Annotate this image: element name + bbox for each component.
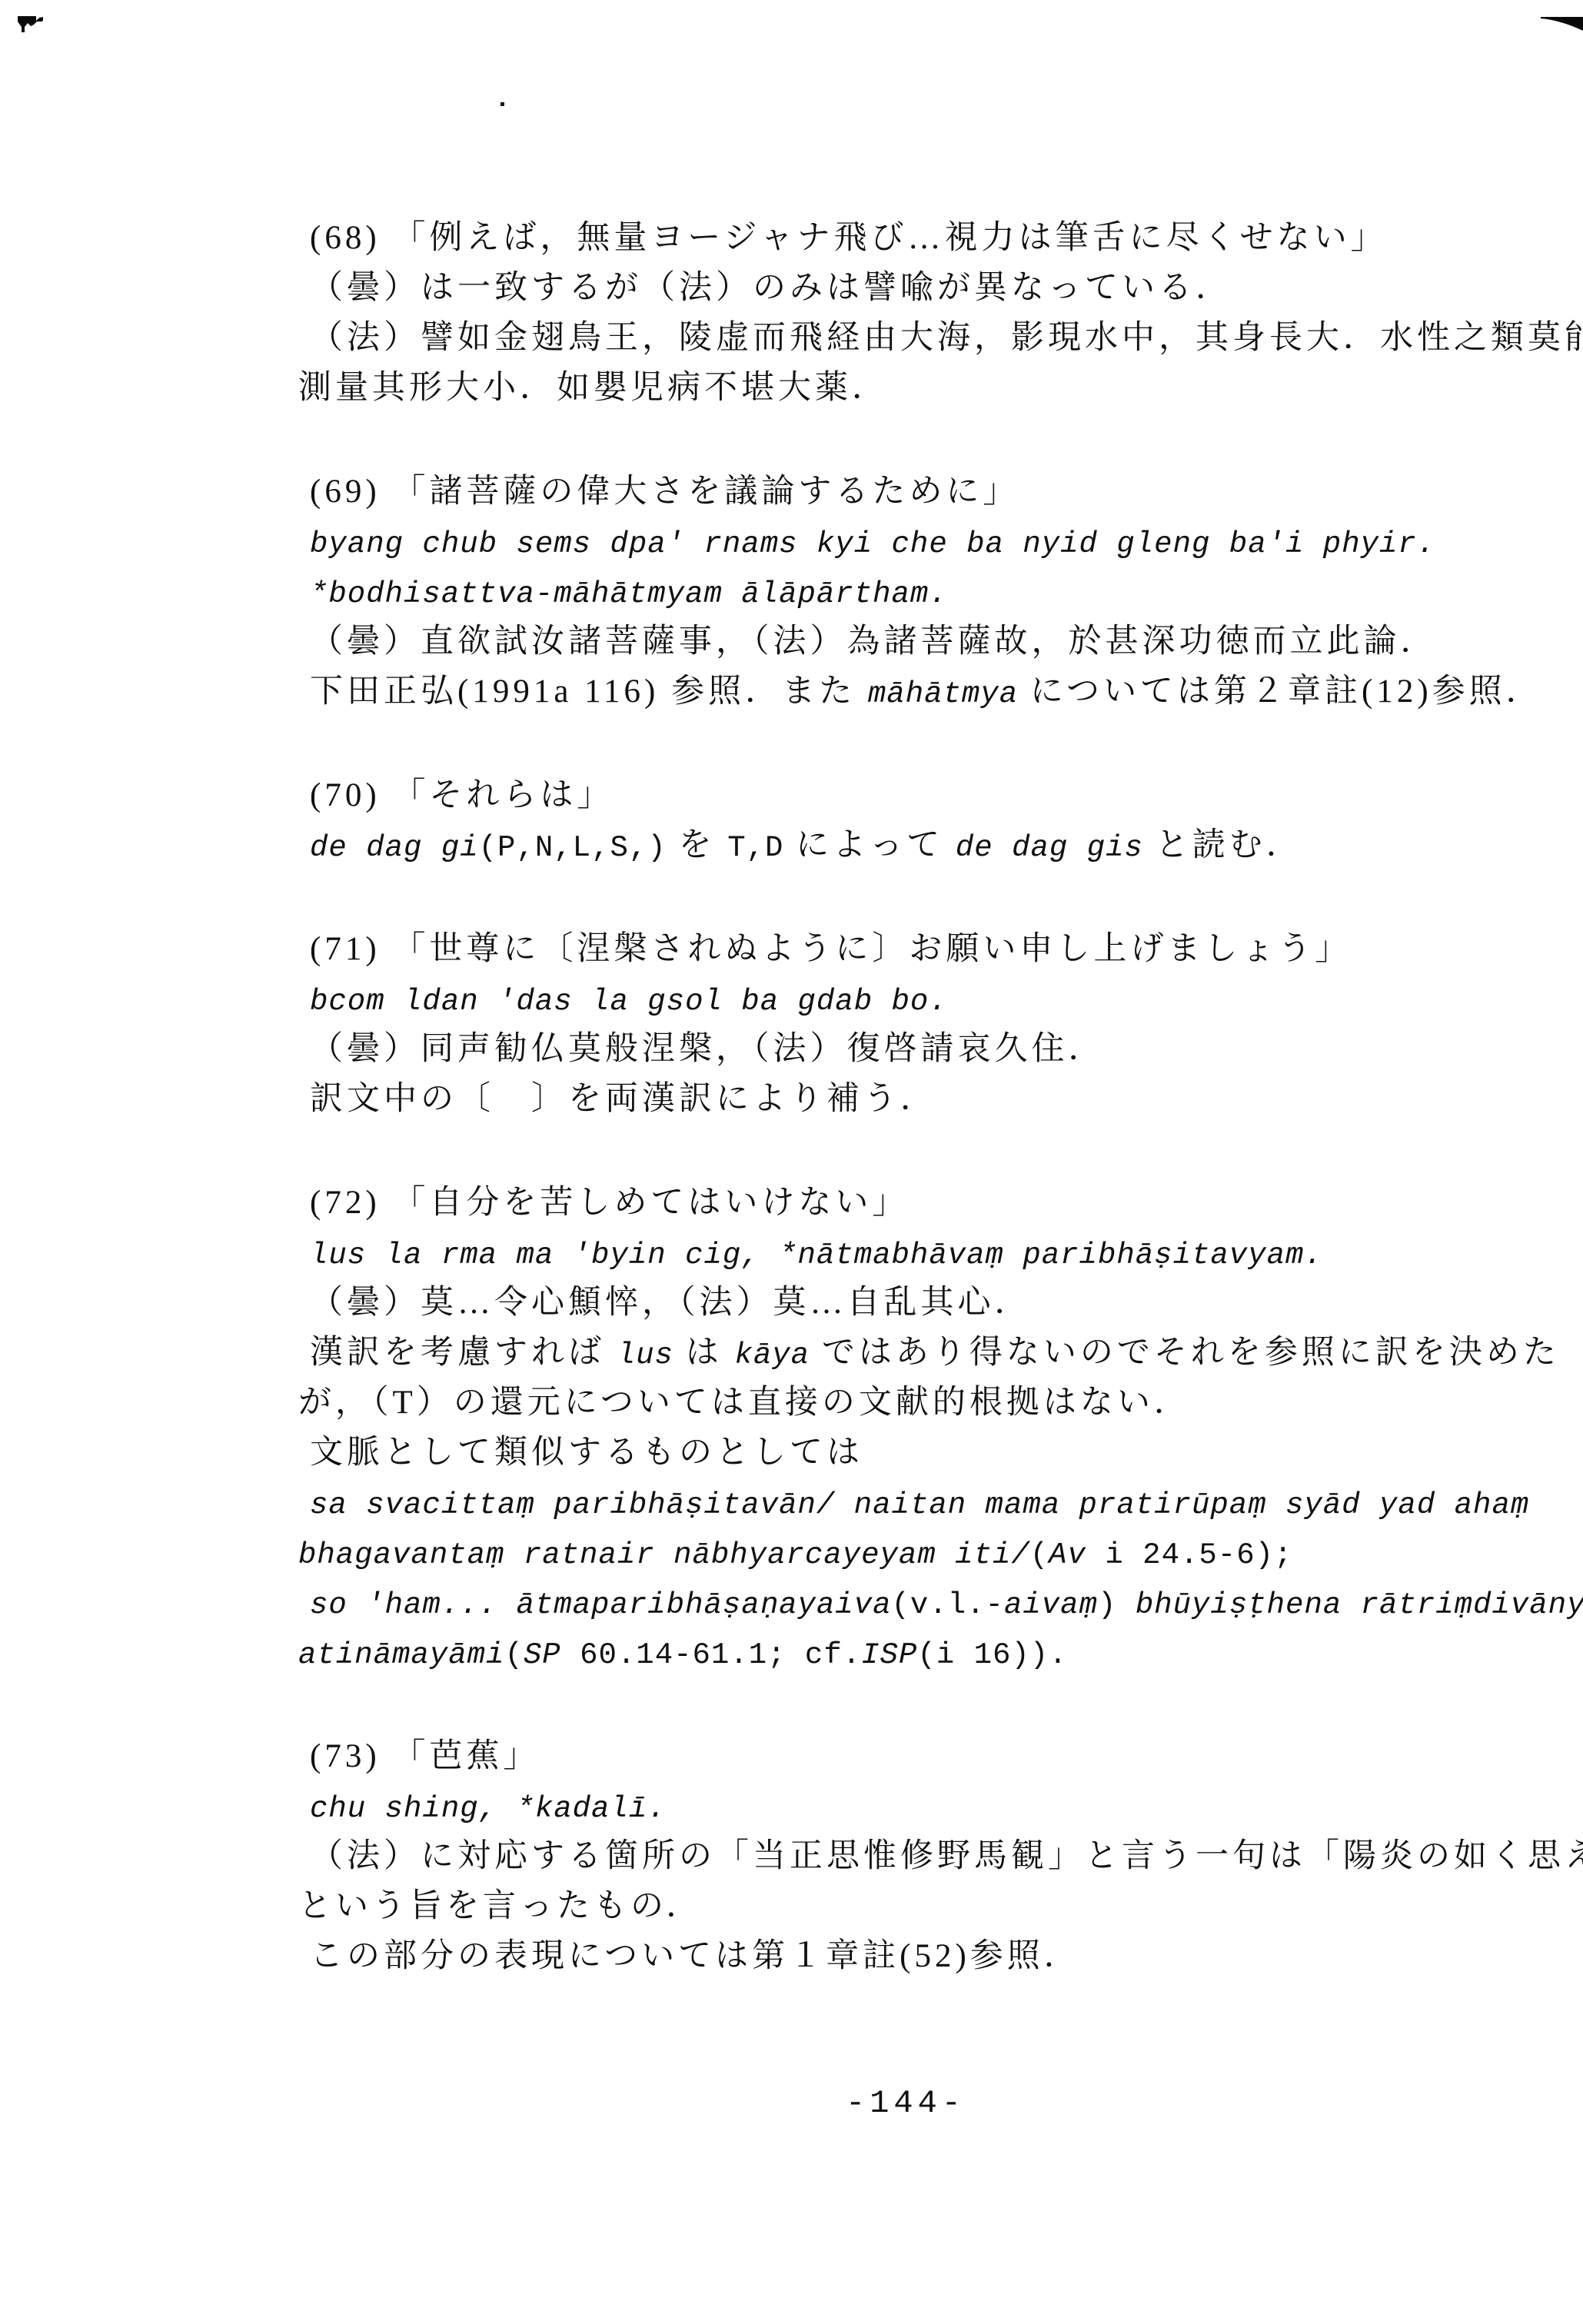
text-segment: (68) 「例えば，無量ヨージャナ飛び…視力は筆舌に尽くせない」 (310, 220, 1388, 256)
citation: ( (1030, 1538, 1049, 1572)
note-line: 漢訳を考慮すれば lus は kāya ではあり得ないのでそれを参照に訳を決めた (298, 1328, 1528, 1378)
speck-artifact (501, 102, 504, 106)
text-segment: (69) 「諸菩薩の偉大さを議論するために」 (310, 474, 1019, 510)
note-line: de dag gi(P,N,L,S,) を T,D によって de dag gi… (298, 820, 1528, 870)
text-segment: (73) 「芭蕉」 (310, 1738, 540, 1774)
text-segment: は (673, 1335, 735, 1371)
note-line: 訳文中の〔 〕を両漢訳により補う． (298, 1074, 1528, 1124)
sanskrit-quote: atināmayāmi (298, 1638, 504, 1672)
note-line: (68) 「例えば，無量ヨージャナ飛び…視力は筆舌に尽くせない」 (298, 213, 1528, 263)
text-segment: 訳文中の〔 〕を両漢訳により補う． (310, 1081, 937, 1117)
text-segment: によって (783, 827, 956, 863)
sanskrit-quote: sa svacittaṃ paribhāṣitavān/ naitan mama… (310, 1488, 1529, 1522)
tibetan-transliteration: byang chub sems dpa' rnams kyi che ba ny… (310, 527, 1435, 561)
tibetan-transliteration: de dag gi (310, 831, 479, 865)
sanskrit-quote: bhūyiṣṭhena rātriṃdivāny (1136, 1588, 1583, 1622)
text-segment: 文脈として類似するものとしては (310, 1435, 863, 1471)
text-segment: この部分の表現については第１章註(52)参照． (310, 1938, 1081, 1974)
text-segment: （曇）同声勧仏莫般涅槃，（法）復啓請哀久住． (310, 1031, 1106, 1067)
citation: (i 16)). (917, 1638, 1067, 1672)
text-segment: (72) 「自分を苦しめてはいけない」 (310, 1185, 909, 1221)
note-72: (72) 「自分を苦しめてはいけない」 lus la rma ma 'byin … (298, 1178, 1528, 1677)
text-segment: という旨を言ったもの． (298, 1888, 703, 1924)
note-line: 下田正弘(1991a 116) 参照．また māhātmya については第２章註… (298, 667, 1528, 716)
note-line: chu shing, *kadalī. (298, 1781, 1528, 1831)
citation-abbrev: ISP (861, 1638, 917, 1672)
note-line: (70) 「それらは」 (298, 770, 1528, 820)
note-71: (71) 「世尊に〔涅槃されぬように〕お願い申し上げましょう」 bcom lda… (298, 924, 1528, 1124)
sanskrit-variant: aivaṃ (1004, 1588, 1098, 1622)
note-line: (72) 「自分を苦しめてはいけない」 (298, 1178, 1528, 1228)
variant-note: (v.l.- (892, 1588, 1004, 1622)
text-segment: については第２章註(12)参照． (1018, 673, 1543, 710)
note-line: という旨を言ったもの． (298, 1881, 1528, 1931)
note-line: が，（T）の還元については直接の文献的根拠はない． (298, 1378, 1528, 1428)
text-segment: (70) 「それらは」 (310, 777, 614, 813)
tibetan-term: lus (617, 1338, 673, 1372)
sanskrit-quote: bhagavantaṃ ratnair nābhyarcayeyam iti/ (298, 1538, 1030, 1572)
scanned-page: (68) 「例えば，無量ヨージャナ飛び…視力は筆舌に尽くせない」 （曇）は一致す… (0, 0, 1583, 2324)
citation-abbrev: Av (1049, 1538, 1086, 1572)
text-segment: （曇）莫…令心顦悴，（法）莫…自乱其心． (310, 1285, 1032, 1321)
note-line: atināmayāmi(SP 60.14-61.1; cf.ISP(i 16))… (298, 1627, 1528, 1677)
text-segment: 下田正弘(1991a 116) 参照．また (310, 673, 868, 710)
tibetan-transliteration: bcom ldan 'das la gsol ba gdab bo. (310, 985, 948, 1019)
note-line: bhagavantaṃ ratnair nābhyarcayeyam iti/(… (298, 1528, 1528, 1578)
page-number: -144- (298, 2085, 1513, 2122)
note-line: （曇）直欲試汝諸菩薩事，（法）為諸菩薩故，於甚深功徳而立此論． (298, 617, 1528, 667)
note-line: （曇）は一致するが（法）のみは譬喩が異なっている． (298, 263, 1528, 313)
siglum-list: T,D (727, 831, 783, 865)
note-line: この部分の表現については第１章註(52)参照． (298, 1931, 1528, 1981)
siglum-list: (P,N,L,S,) (479, 831, 667, 865)
note-line: 文脈として類似するものとしては (298, 1428, 1528, 1478)
sanskrit-term: māhātmya (868, 677, 1018, 711)
note-73: (73) 「芭蕉」 chu shing, *kadalī. （法）に対応する箇所… (298, 1731, 1528, 1981)
text-segment: ではあり得ないのでそれを参照に訳を決めた (810, 1335, 1560, 1371)
tibetan-sanskrit-quote: lus la rma ma 'byin cig, *nātmabhāvaṃ pa… (310, 1238, 1323, 1272)
note-line: （曇）莫…令心顦悴，（法）莫…自乱其心． (298, 1278, 1528, 1328)
text-segment: （法）に対応する箇所の「当正思惟修野馬観」と言う一句は「陽炎の如く思え」 (310, 1838, 1583, 1874)
note-line: （法）譬如金翅鳥王，陵虚而飛経由大海，影現水中，其身長大．水性之類莫能 (298, 313, 1528, 363)
citation: 60.14-61.1; cf. (561, 1638, 861, 1672)
text-segment: が，（T）の還元については直接の文献的根拠はない． (298, 1385, 1191, 1421)
note-line: （曇）同声勧仏莫般涅槃，（法）復啓請哀久住． (298, 1024, 1528, 1074)
note-line: lus la rma ma 'byin cig, *nātmabhāvaṃ pa… (298, 1228, 1528, 1278)
text-segment: (71) 「世尊に〔涅槃されぬように〕お願い申し上げましょう」 (310, 931, 1352, 967)
tibetan-transliteration: de dag gis (956, 831, 1143, 865)
variant-note: ) (1098, 1588, 1136, 1622)
note-line: *bodhisattva-māhātmyam ālāpārtham. (298, 567, 1528, 617)
note-line: (69) 「諸菩薩の偉大さを議論するために」 (298, 467, 1528, 517)
page-curl-shadow (1541, 15, 1583, 35)
citation: ( (504, 1638, 523, 1672)
tibetan-sanskrit-quote: chu shing, *kadalī. (310, 1792, 667, 1826)
text-segment: （法）譬如金翅鳥王，陵虚而飛経由大海，影現水中，其身長大．水性之類莫能 (310, 320, 1583, 356)
text-segment: 測量其形大小．如嬰児病不堪大薬． (298, 370, 889, 406)
note-line: sa svacittaṃ paribhāṣitavān/ naitan mama… (298, 1478, 1528, 1528)
sanskrit-reconstruction: *bodhisattva-māhātmyam ālāpārtham. (310, 577, 948, 611)
note-line: bcom ldan 'das la gsol ba gdab bo. (298, 974, 1528, 1024)
ink-blot-artifact (15, 14, 50, 37)
note-69: (69) 「諸菩薩の偉大さを議論するために」 byang chub sems d… (298, 467, 1528, 716)
sanskrit-term: kāya (734, 1338, 810, 1372)
note-line: (71) 「世尊に〔涅槃されぬように〕お願い申し上げましょう」 (298, 924, 1528, 974)
text-segment: と読む． (1143, 827, 1303, 863)
note-line: 測量其形大小．如嬰児病不堪大薬． (298, 363, 1528, 413)
note-line: （法）に対応する箇所の「当正思惟修野馬観」と言う一句は「陽炎の如く思え」 (298, 1831, 1528, 1881)
citation: i 24.5-6); (1086, 1538, 1292, 1572)
text-segment: を (667, 827, 728, 863)
text-segment: （曇）は一致するが（法）のみは譬喩が異なっている． (310, 270, 1232, 306)
citation-abbrev: SP (524, 1638, 561, 1672)
note-line: byang chub sems dpa' rnams kyi che ba ny… (298, 517, 1528, 567)
text-segment: 漢訳を考慮すれば (310, 1335, 617, 1371)
note-line: (73) 「芭蕉」 (298, 1731, 1528, 1781)
sanskrit-quote: so 'ham... ātmaparibhāṣaṇayaiva (310, 1588, 892, 1622)
note-line: so 'ham... ātmaparibhāṣaṇayaiva(v.l.-aiv… (298, 1578, 1528, 1627)
text-segment: （曇）直欲試汝諸菩薩事，（法）為諸菩薩故，於甚深功徳而立此論． (310, 623, 1438, 660)
endnotes: (68) 「例えば，無量ヨージャナ飛び…視力は筆舌に尽くせない」 （曇）は一致す… (298, 213, 1528, 2035)
note-68: (68) 「例えば，無量ヨージャナ飛び…視力は筆舌に尽くせない」 （曇）は一致す… (298, 213, 1528, 413)
note-70: (70) 「それらは」 de dag gi(P,N,L,S,) を T,D によ… (298, 770, 1528, 870)
